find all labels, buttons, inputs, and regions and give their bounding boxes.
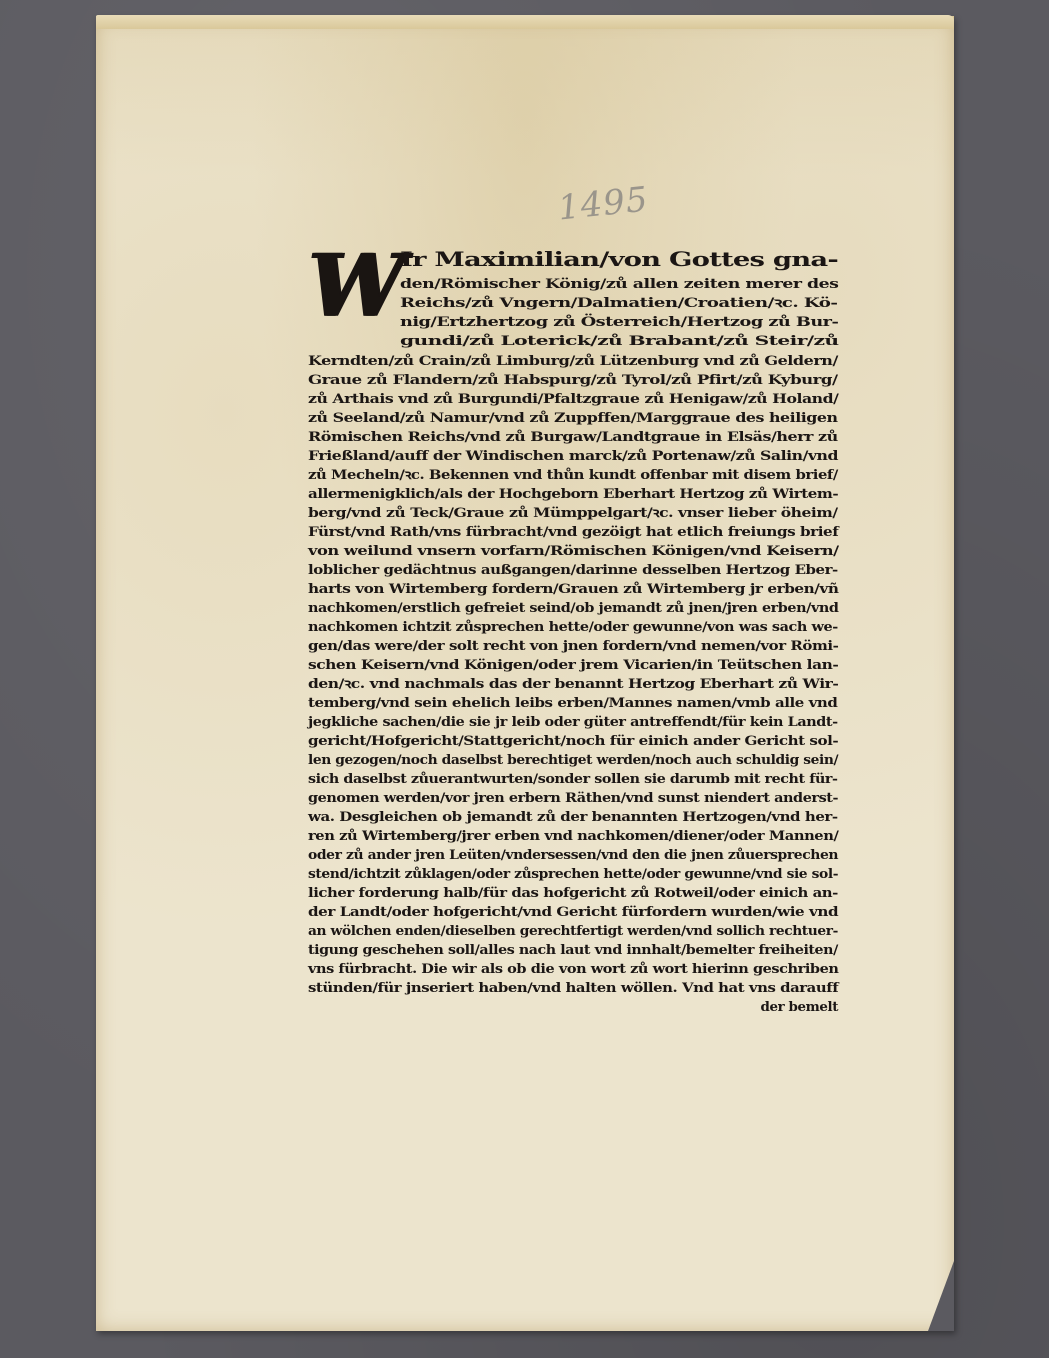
text-line: licher forderung halb/für das hofgericht… — [308, 883, 838, 903]
text-line: nachkomen ichtzit zůsprechen hette/oder … — [308, 617, 838, 637]
text-line: den/Römischer König/zů allen zeiten mere… — [400, 274, 838, 294]
text-line: len gezogen/noch daselbst berechtiget we… — [308, 750, 838, 770]
text-line: allermenigklich/als der Hochgeborn Eberh… — [308, 484, 838, 504]
text-line: harts von Wirtemberg fordern/Grauen zů W… — [308, 579, 838, 599]
text-line: loblicher gedächtnus außgangen/darinne d… — [308, 560, 838, 580]
text-line: zů Seeland/zů Namur/vnd zů Zuppffen/Marg… — [308, 408, 838, 428]
text-line: sich daselbst zůuerantwurten/sonder soll… — [308, 769, 838, 789]
text-line: stünden/für jnseriert haben/vnd halten w… — [308, 978, 838, 998]
catchword: der bemelt — [761, 997, 838, 1017]
paper-top-edge — [96, 15, 954, 29]
text-line: Reichs/zů Vngern/Dalmatien/Croatien/ꝛc. … — [400, 293, 837, 313]
text-line: oder zů ander jren Leüten/vndersessen/vn… — [308, 845, 838, 865]
text-line: zů Mecheln/ꝛc. Bekennen vnd thůn kundt o… — [308, 465, 838, 485]
text-line: gundi/zů Loterick/zů Brabant/zů Steir/zů — [400, 331, 839, 351]
text-line: Graue zů Flandern/zů Habspurg/zů Tyrol/z… — [308, 370, 838, 390]
text-line: vns fürbracht. Die wir als ob die von wo… — [308, 959, 838, 979]
text-line: ren zů Wirtemberg/jrer erben vnd nachkom… — [308, 826, 838, 846]
text-line: Fürst/vnd Rath/vns fürbracht/vnd gezöigt… — [308, 522, 838, 542]
text-line: an wölchen enden/dieselben gerechtfertig… — [308, 921, 838, 941]
torn-corner — [928, 1261, 954, 1331]
document-page: 1495 W Ir Maximilian/von Gottes gna- den… — [96, 16, 954, 1331]
text-line: berg/vnd zů Teck/Graue zů Mümppelgart/ꝛc… — [308, 503, 838, 523]
text-line: Kerndten/zů Crain/zů Limburg/zů Lützenbu… — [308, 351, 838, 371]
text-line: den/ꝛc. vnd nachmals das der benannt Her… — [308, 674, 838, 694]
text-line: der Landt/oder hofgericht/vnd Gericht fü… — [308, 902, 838, 922]
text-line: nig/Ertzhertzog zů Österreich/Hertzog zů… — [400, 312, 838, 332]
text-line: jegkliche sachen/die sie jr leib oder gü… — [308, 712, 838, 732]
decorated-initial: W — [308, 247, 400, 327]
text-line: Frießland/auff der Windischen marck/zů P… — [308, 446, 838, 466]
text-line: zů Arthais vnd zů Burgundi/Pfaltzgraue z… — [308, 389, 838, 409]
text-line: temberg/vnd sein ehelich leibs erben/Man… — [308, 693, 837, 713]
text-line: tigung geschehen soll/alles nach laut vn… — [308, 940, 838, 960]
text-line: genomen werden/vor jren erbern Räthen/vn… — [308, 788, 838, 808]
text-line: wa. Desgleichen ob jemandt zů der benann… — [308, 807, 838, 827]
text-line: gen/das were/der solt recht von jnen for… — [308, 636, 838, 656]
text-line: Römischen Reichs/vnd zů Burgaw/Landtgrau… — [308, 427, 838, 447]
text-line: gericht/Hofgericht/Stattgericht/noch für… — [308, 731, 838, 751]
handwritten-date: 1495 — [556, 179, 650, 228]
text-line: schen Keisern/vnd Königen/oder jrem Vica… — [308, 655, 838, 675]
text-line: Ir Maximilian/von Gottes gna- — [400, 249, 838, 269]
text-line: stend/ichtzit zůklagen/oder zůsprechen h… — [308, 864, 838, 884]
text-line: von weilund vnsern vorfarn/Römischen Kön… — [308, 541, 839, 561]
text-line: nachkomen/erstlich gefreiet seind/ob jem… — [308, 598, 839, 618]
